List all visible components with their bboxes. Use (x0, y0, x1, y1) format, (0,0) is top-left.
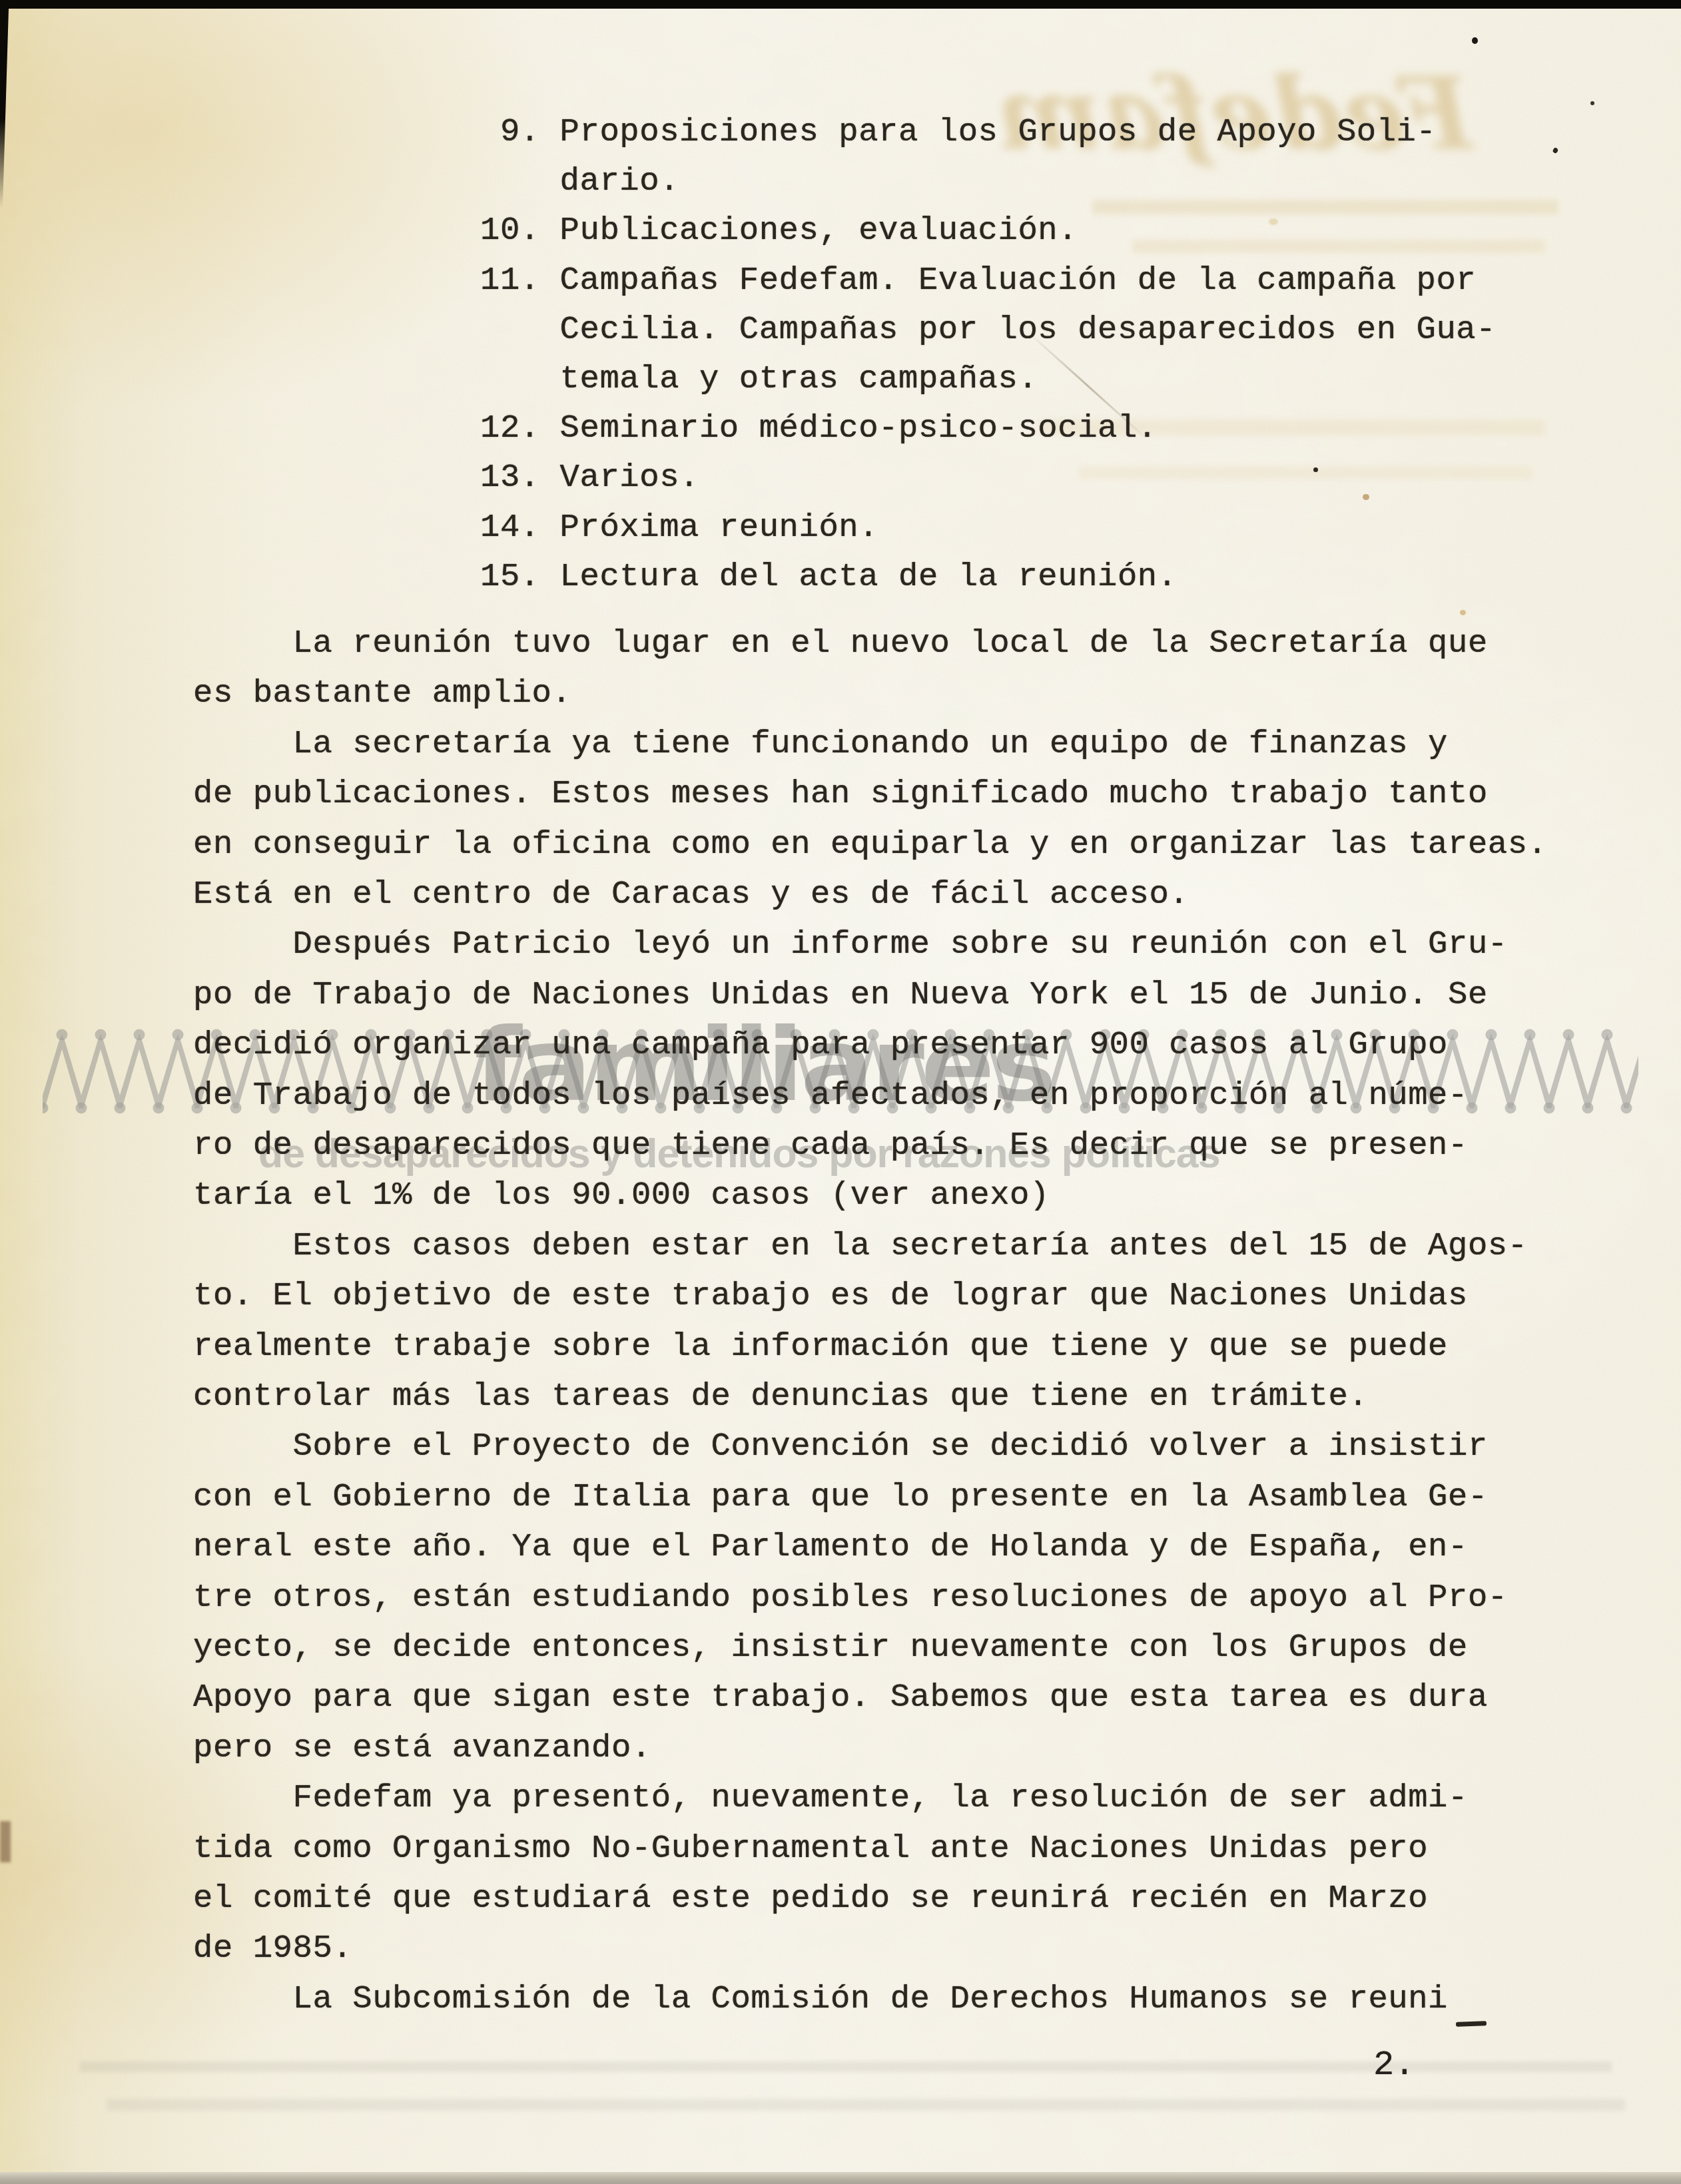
body-line: de publicaciones. Estos meses han signif… (193, 775, 1488, 812)
bleedthrough-streak (1092, 200, 1558, 214)
body-line: decidió organizar una campaña para prese… (193, 1026, 1448, 1063)
ink-speck (1313, 467, 1318, 472)
agenda-line: temala y otras campañas. (480, 360, 1038, 398)
agenda-line: 12. Seminario médico-psico-social. (480, 409, 1158, 447)
body-line: con el Gobierno de Italia para que lo pr… (193, 1478, 1488, 1515)
body-line: tida como Organismo No-Gubernamental ant… (193, 1830, 1428, 1867)
body-line: Fedefam ya presentó, nuevamente, la reso… (193, 1779, 1468, 1816)
body-line: en conseguir la oficina como en equiparl… (193, 826, 1548, 863)
ink-speck (1552, 147, 1558, 154)
agenda-line: Cecilia. Campañas por los desaparecidos … (480, 311, 1496, 348)
stain-speck (1269, 218, 1278, 225)
stain-speck (1363, 494, 1369, 500)
body-line: tre otros, están estudiando posibles res… (193, 1579, 1508, 1616)
body-line: controlar más las tareas de denuncias qu… (193, 1378, 1368, 1415)
agenda-line: 9. Proposiciones para los Grupos de Apoy… (480, 113, 1436, 150)
body-line: de 1985. (193, 1930, 352, 1967)
body-line: de Trabajo de todos los países afectados… (193, 1077, 1468, 1114)
ink-speck (1590, 101, 1594, 105)
body-line: Está en el centro de Caracas y es de fác… (193, 876, 1189, 913)
body-line: po de Trabajo de Naciones Unidas en Nuev… (193, 976, 1488, 1013)
page-number: 2. (1373, 2048, 1415, 2083)
body-line: Sobre el Proyecto de Convención se decid… (193, 1428, 1488, 1465)
body-line: ro de desaparecidos que tiene cada país.… (193, 1127, 1468, 1164)
left-edge-stain (0, 1821, 11, 1862)
body-line: taría el 1% de los 90.000 casos (ver ane… (193, 1177, 1050, 1214)
agenda-line: 13. Varios. (480, 459, 699, 496)
body-line: el comité que estudiará este pedido se r… (193, 1880, 1428, 1917)
bleedthrough-streak (1132, 240, 1545, 253)
body-line: La reunión tuvo lugar en el nuevo local … (193, 625, 1488, 662)
typed-underscore-mark (1456, 2021, 1487, 2027)
agenda-line: 14. Próxima reunión. (480, 509, 878, 546)
stain-speck (1460, 610, 1466, 615)
body-line: La secretaría ya tiene funcionando un eq… (193, 725, 1448, 762)
agenda-line: dario. (480, 162, 679, 200)
body-line: yecto, se decide entonces, insistir nuev… (193, 1629, 1468, 1666)
body-line: realmente trabaje sobre la información q… (193, 1328, 1448, 1365)
scanned-document-page: Fedefam familiares de desaparecidos y (0, 0, 1681, 2184)
ink-speck (1472, 37, 1478, 44)
scan-edge-bottom (0, 2172, 1681, 2184)
agenda-line: 15. Lectura del acta de la reunión. (480, 558, 1177, 595)
bleedthrough-streak (1079, 466, 1532, 479)
body-line: neral este año. Ya que el Parlamento de … (193, 1528, 1468, 1565)
body-line: pero se está avanzando. (193, 1729, 651, 1767)
body-line: Después Patricio leyó un informe sobre s… (193, 926, 1508, 963)
scan-edge-top (0, 0, 1681, 9)
bleedthrough-streak (107, 2099, 1625, 2111)
body-line: Apoyo para que sigan este trabajo. Sabem… (193, 1679, 1488, 1716)
scan-edge-left (0, 9, 9, 208)
agenda-line: 11. Campañas Fedefam. Evaluación de la c… (480, 262, 1476, 299)
body-line: es bastante amplio. (193, 675, 571, 712)
body-line: to. El objetivo de este trabajo es de lo… (193, 1277, 1468, 1314)
agenda-line: 10. Publicaciones, evaluación. (480, 212, 1078, 249)
body-line: Estos casos deben estar en la secretaría… (193, 1227, 1528, 1264)
body-line: La Subcomisión de la Comisión de Derecho… (193, 1980, 1448, 2018)
